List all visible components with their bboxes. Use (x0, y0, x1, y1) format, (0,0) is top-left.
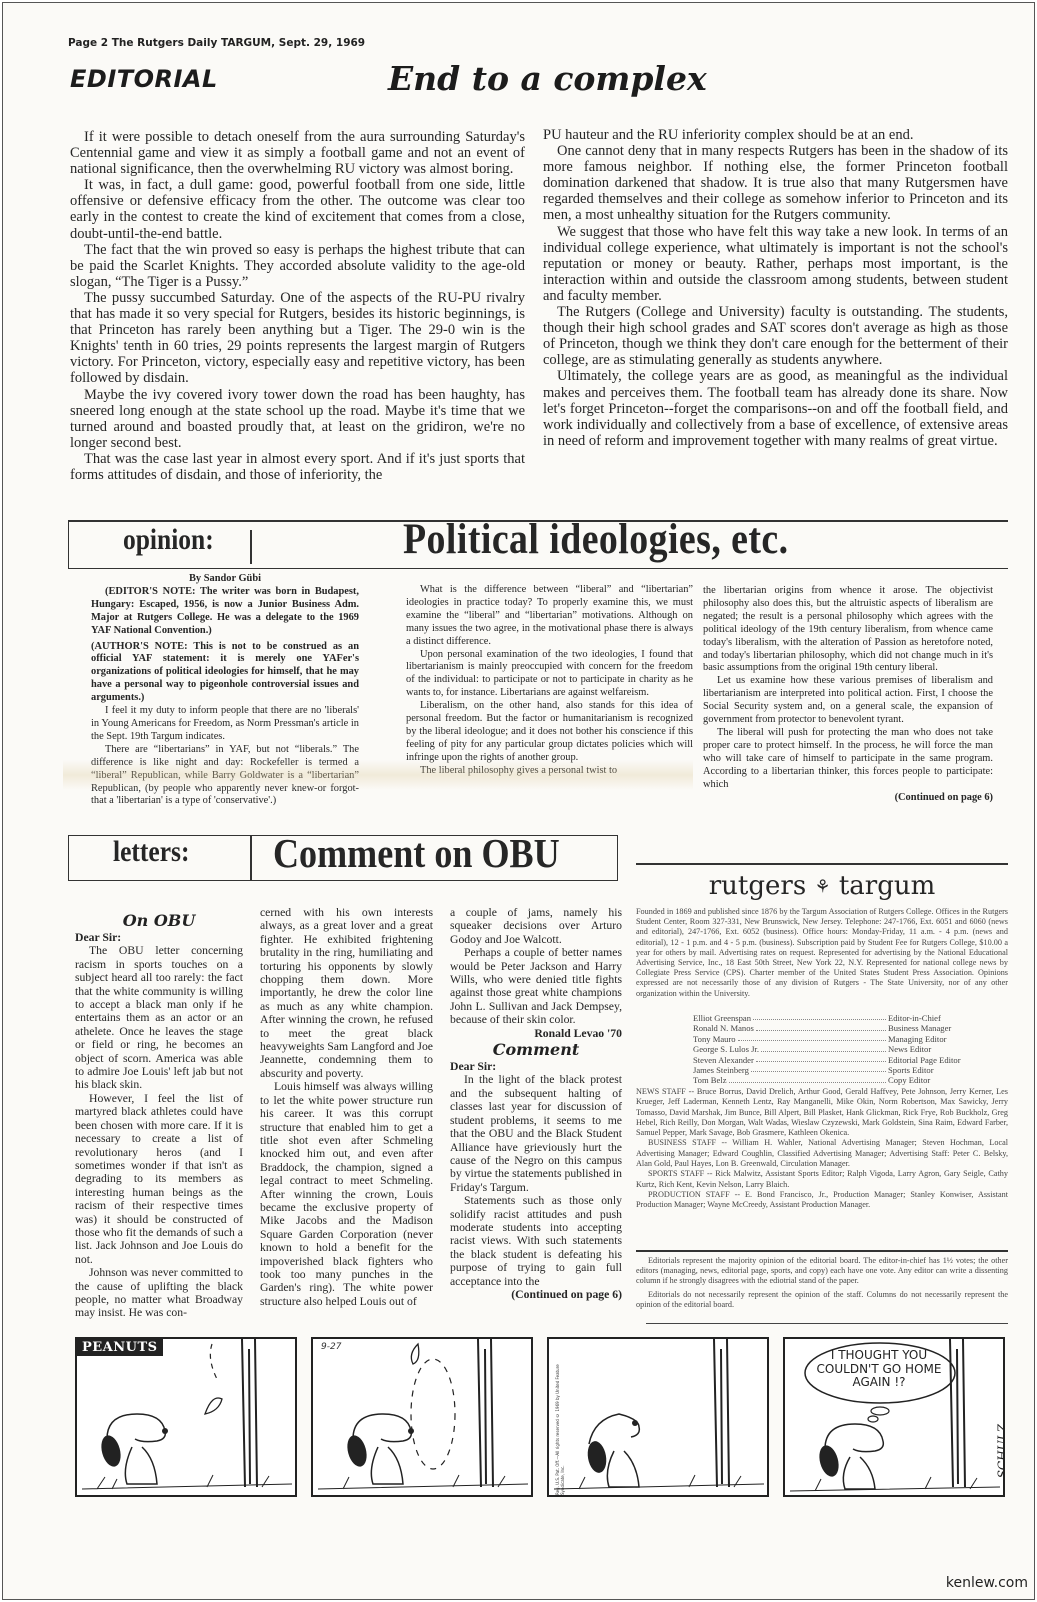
comic-date: 9-27 (321, 1342, 341, 1352)
watermark: kenlew.com (946, 1575, 1028, 1591)
paragraph: The fact that the win proved so easy is … (70, 242, 525, 290)
editor-title: Editorial Page Editor (888, 1055, 993, 1065)
paragraph: Perhaps a couple of better names would b… (450, 946, 622, 1026)
snoopy-leaf-looping-illustration (313, 1339, 533, 1497)
editor-row: Ronald N. ManosBusiness Manager (693, 1023, 993, 1033)
opinion-column-1: By Sandor Gübi (EDITOR'S NOTE: The write… (91, 573, 359, 808)
editor-name: James Steinberg (693, 1065, 749, 1075)
editor-row: George S. Lulos Jr.News Editor (693, 1044, 993, 1054)
byline: By Sandor Gübi (91, 573, 359, 586)
section-label-letters: letters: (113, 835, 189, 869)
letter-headline: On OBU (75, 911, 243, 931)
comic-panel-1: PEANUTS (75, 1337, 297, 1497)
editor-title: Business Manager (888, 1023, 993, 1033)
paragraph: Maybe the ivy covered ivory tower down t… (70, 387, 525, 451)
paragraph: Upon personal examination of the two ide… (406, 649, 693, 701)
editor-name: Tom Belz (693, 1075, 727, 1085)
paragraph: If it were possible to detach oneself fr… (70, 129, 525, 177)
salutation: Dear Sir: (450, 1060, 622, 1073)
paragraph: PU hauteur and the RU inferiority comple… (543, 127, 1008, 143)
paragraph: Louis himself was always willing to let … (260, 1080, 433, 1308)
policy-bottom-rule (646, 1323, 1008, 1324)
masthead-nameplate: rutgers ⚘ targum (636, 871, 1008, 901)
editor-name: Ronald N. Manos (693, 1023, 754, 1033)
editor-name: George S. Lulos Jr. (693, 1044, 759, 1054)
paragraph: What is the difference between “liberal”… (406, 584, 693, 649)
editorial-headline: End to a complex (388, 59, 707, 98)
policy-paragraph: Editorials do not necessarily represent … (636, 1290, 1008, 1310)
policy-rule (636, 1250, 1008, 1252)
editor-name: Elliot Greenspan (693, 1013, 751, 1023)
business-staff: BUSINESS STAFF -- William H. Wahler, Nat… (636, 1138, 1008, 1169)
section-label-editorial: EDITORIAL (70, 65, 218, 93)
paragraph: In the light of the black protest and th… (450, 1073, 622, 1194)
paragraph: However, I feel the list of martyred bla… (75, 1092, 243, 1266)
salutation: Dear Sir: (75, 931, 243, 944)
paragraph: Let us examine how these various premise… (703, 675, 993, 727)
comic-panel-3: Reg. U.S. Pat. Off.—All rights reserved … (547, 1337, 769, 1497)
page-folio: Page 2 The Rutgers Daily TARGUM, Sept. 2… (68, 37, 365, 49)
editor-title: Managing Editor (888, 1034, 993, 1044)
newspaper-page: Page 2 The Rutgers Daily TARGUM, Sept. 2… (2, 2, 1035, 1600)
paragraph: cerned with his own interests always, as… (260, 906, 433, 1080)
editor-name: Tony Mauro (693, 1034, 736, 1044)
editor-row: James SteinbergSports Editor (693, 1065, 993, 1075)
header-divider (250, 835, 252, 881)
paragraph: We suggest that those who have felt this… (543, 224, 1008, 304)
masthead-name-right: targum (839, 871, 935, 901)
masthead-name-left: rutgers (709, 871, 806, 901)
news-staff: NEWS STAFF -- Bruce Borrus, David Drelic… (636, 1087, 1008, 1138)
editor-title: Editor-in-Chief (888, 1013, 993, 1023)
opinion-column-2: What is the difference between “liberal”… (406, 584, 693, 778)
paragraph: Statements such as those only solidify r… (450, 1194, 622, 1288)
paragraph: The pussy succumbed Saturday. One of the… (70, 290, 525, 387)
editor-row: Steven AlexanderEditorial Page Editor (693, 1055, 993, 1065)
paragraph: The liberal philosophy gives a personal … (406, 765, 693, 778)
comic-title: PEANUTS (77, 1339, 163, 1356)
paragraph: Johnson was never committed to the cause… (75, 1266, 243, 1320)
masthead-about: Founded in 1869 and published since 1876… (636, 907, 1008, 999)
paragraph: The liberal will push for protecting the… (703, 727, 993, 792)
letters-column-2: cerned with his own interests always, as… (260, 906, 433, 1308)
paragraph: a couple of jams, namely his squeaker de… (450, 906, 622, 946)
snoopy-looking-up-illustration (549, 1339, 769, 1497)
letters-headline: Comment on OBU (273, 829, 560, 877)
thought-balloon-text: I THOUGHT YOU COULDN'T GO HOME AGAIN !? (815, 1349, 943, 1390)
artist-signature: SCHULZ (995, 1424, 1005, 1478)
editor-list: Elliot GreenspanEditor-in-Chief Ronald N… (693, 1013, 993, 1086)
editor-title: Copy Editor (888, 1075, 993, 1085)
peanuts-comic-strip: PEANUTS 9-27 (75, 1337, 1007, 1497)
editor-row: Tony MauroManaging Editor (693, 1034, 993, 1044)
editor-title: Sports Editor (888, 1065, 993, 1075)
comic-copyright: Reg. U.S. Pat. Off.—All rights reserved … (555, 1349, 565, 1495)
paragraph: One cannot deny that in many respects Ru… (543, 143, 1008, 223)
editor-name: Steven Alexander (693, 1055, 754, 1065)
editorial-column-left: If it were possible to detach oneself fr… (70, 129, 525, 483)
editorial-policy: Editorials represent the majority opinio… (636, 1256, 1008, 1313)
fleur-emblem-icon: ⚘ (814, 877, 830, 898)
editors-note: (EDITOR'S NOTE: The writer was born in B… (91, 586, 359, 638)
paragraph: It was, in fact, a dull game: good, powe… (70, 177, 525, 241)
paragraph: There are “libertarians” in YAF, but not… (91, 744, 359, 809)
comic-panel-4: I THOUGHT YOU COULDN'T GO HOME AGAIN !? … (783, 1337, 1005, 1497)
continued-link[interactable]: (Continued on page 6) (703, 792, 993, 805)
snoopy-leaf-falling-illustration (77, 1339, 297, 1497)
paragraph: Ultimately, the college years are as goo… (543, 368, 1008, 448)
letters-column-3: a couple of jams, namely his squeaker de… (450, 906, 622, 1301)
sports-staff: SPORTS STAFF -- Rick Malwitz, Assistant … (636, 1169, 1008, 1190)
editorial-column-right: PU hauteur and the RU inferiority comple… (543, 127, 1008, 449)
policy-paragraph: Editorials represent the majority opinio… (636, 1256, 1008, 1287)
staff-credits: NEWS STAFF -- Bruce Borrus, David Drelic… (636, 1087, 1008, 1211)
continued-link[interactable]: (Continued on page 6) (450, 1288, 622, 1301)
letters-column-1: On OBU Dear Sir: The OBU letter concerni… (75, 911, 243, 1320)
section-label-opinion: opinion: (123, 523, 214, 557)
paragraph: The OBU letter concerning racism in spor… (75, 944, 243, 1091)
letter-headline: Comment (450, 1040, 622, 1060)
opinion-column-3: the libertarian origins from whence it a… (703, 585, 993, 804)
header-divider (250, 530, 252, 564)
masthead-rule (636, 863, 1008, 865)
paragraph: The Rutgers (College and University) fac… (543, 304, 1008, 368)
letter-signature: Ronald Levao '70 (450, 1027, 622, 1040)
editor-row: Tom BelzCopy Editor (693, 1075, 993, 1085)
authors-note: (AUTHOR'S NOTE: This is not to be constr… (91, 641, 359, 706)
production-staff: PRODUCTION STAFF -- E. Bond Francisco, J… (636, 1190, 1008, 1211)
paragraph: That was the case last year in almost ev… (70, 451, 525, 483)
opinion-headline: Political ideologies, etc. (403, 515, 789, 564)
paragraph: Liberalism, on the other hand, also stan… (406, 700, 693, 765)
paragraph: I feel it my duty to inform people that … (91, 705, 359, 744)
editor-title: News Editor (888, 1044, 993, 1054)
comic-panel-2: 9-27 (311, 1337, 533, 1497)
paragraph: the libertarian origins from whence it a… (703, 585, 993, 675)
editor-row: Elliot GreenspanEditor-in-Chief (693, 1013, 993, 1023)
